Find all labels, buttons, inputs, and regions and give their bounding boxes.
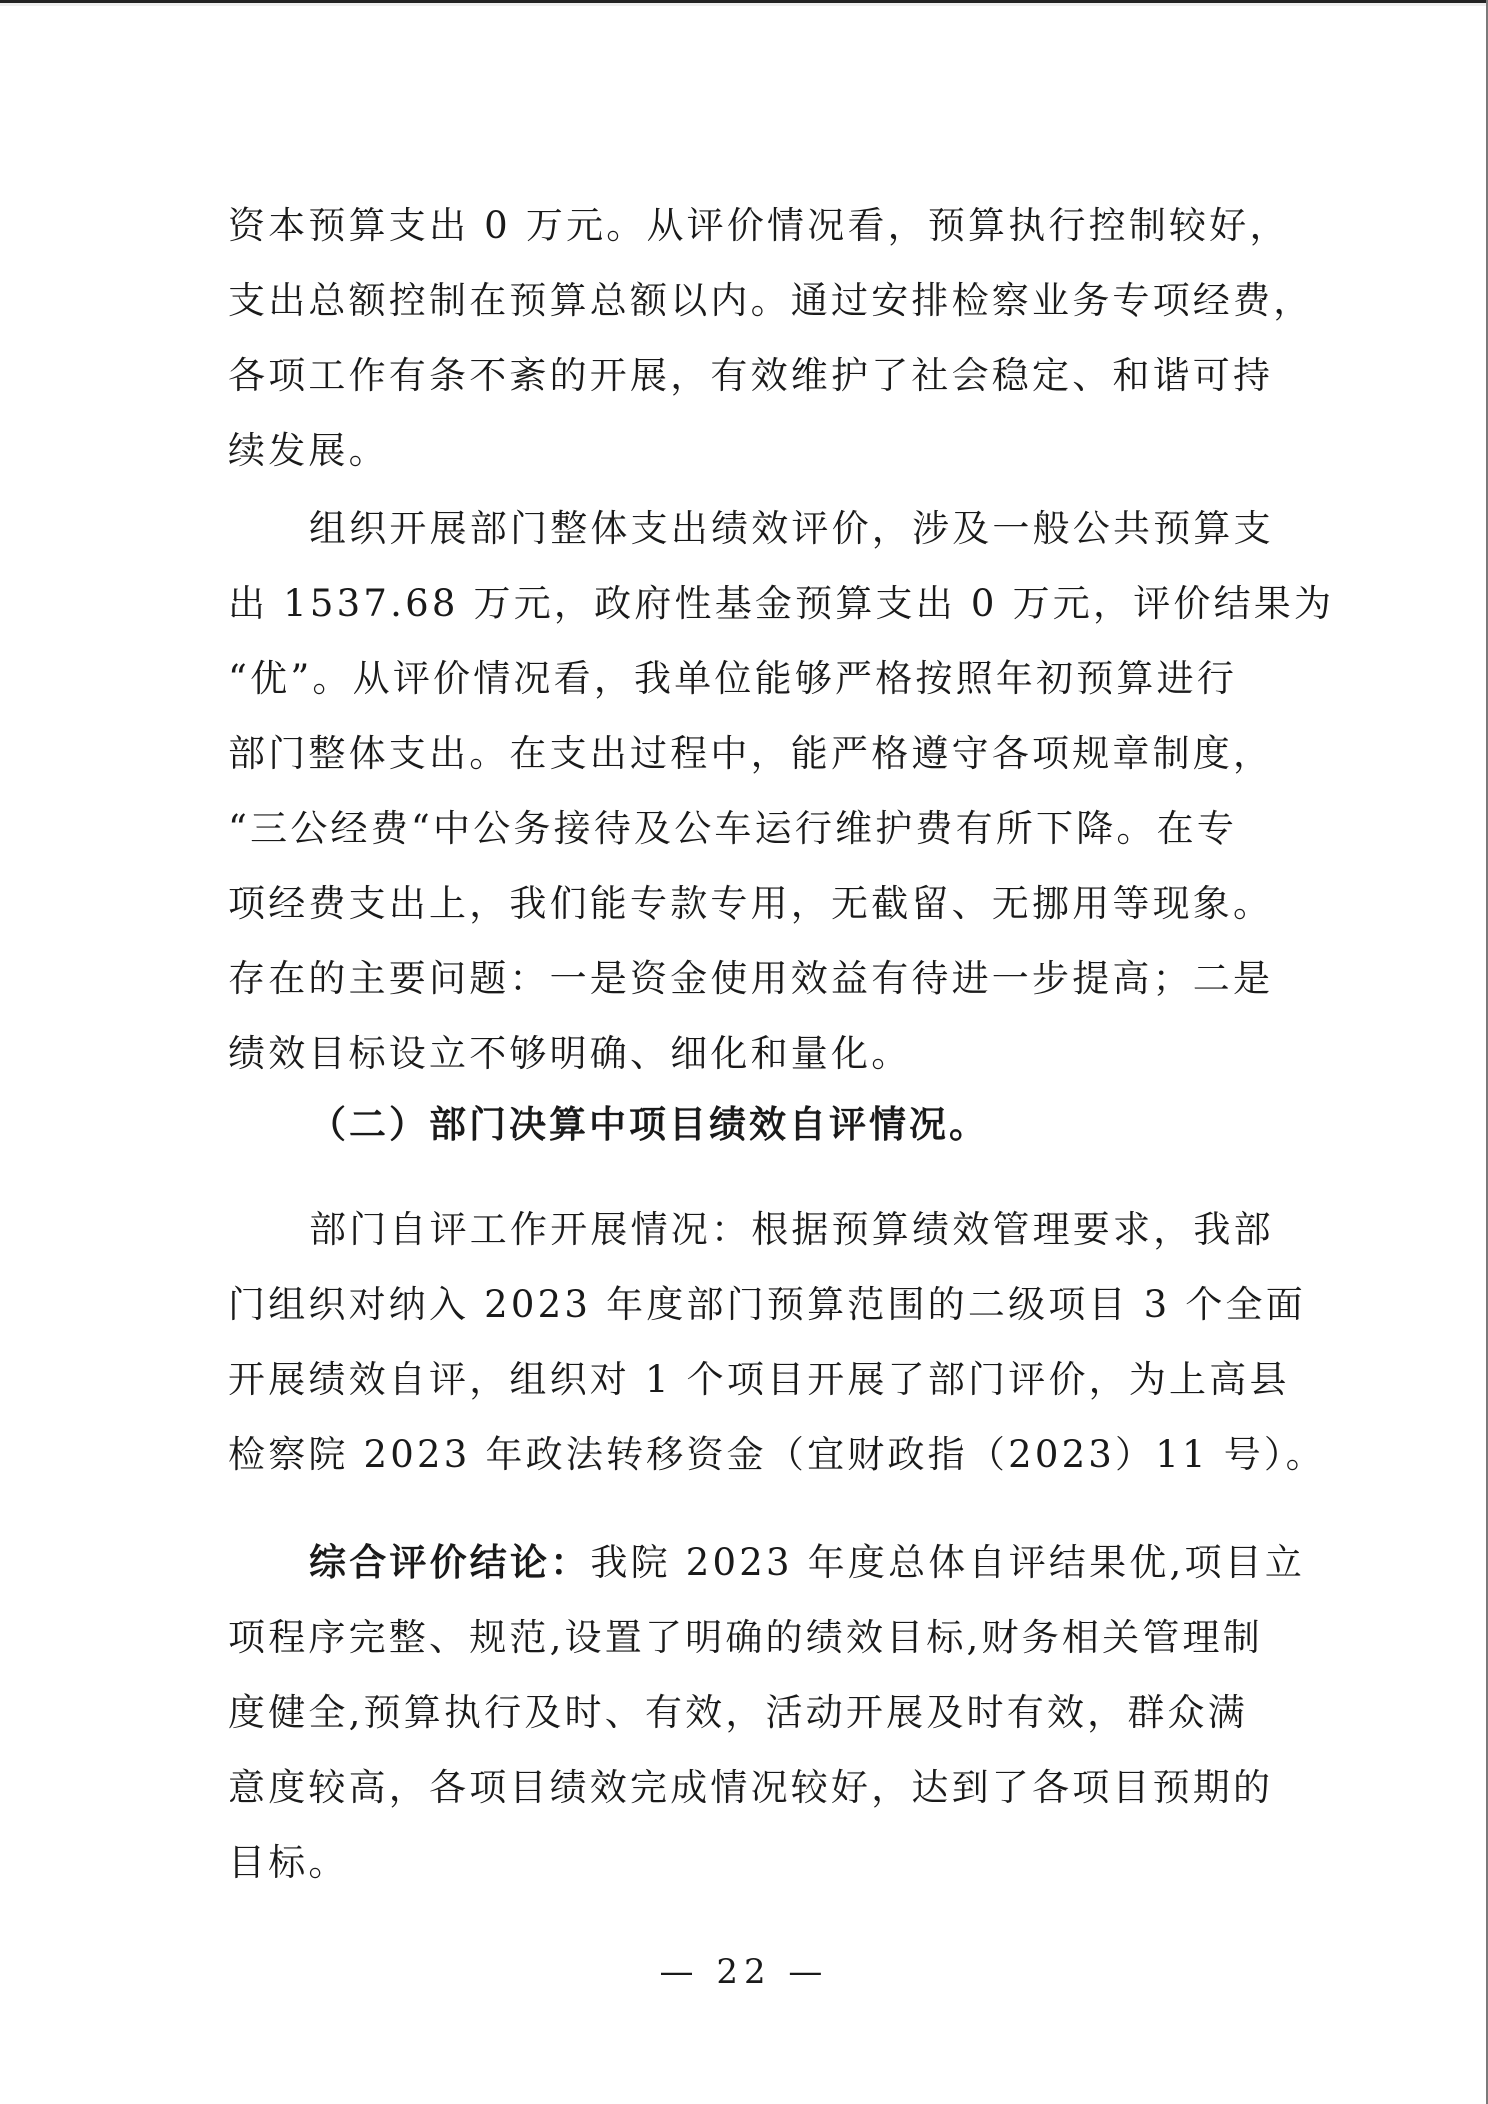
conclusion-first-line: 综合评价结论：我院 2023 年度总体自评结果优,项目立 [309, 1540, 1305, 1586]
paragraph-line: 部门整体支出。在支出过程中，能严格遵守各项规章制度， [228, 731, 1273, 777]
conclusion-label: 综合评价结论： [309, 1541, 590, 1584]
paragraph-line: 项经费支出上，我们能专款专用，无截留、无挪用等现象。 [228, 881, 1273, 927]
paragraph-line: 度健全,预算执行及时、有效，活动开展及时有效，群众满 [228, 1690, 1248, 1736]
paragraph-line: 各项工作有条不紊的开展，有效维护了社会稳定、和谐可持 [228, 353, 1273, 399]
paragraph-line: 目标。 [228, 1840, 349, 1886]
paragraph-line: 绩效目标设立不够明确、细化和量化。 [228, 1031, 911, 1077]
paragraph-line: 存在的主要问题：一是资金使用效益有待进一步提高；二是 [228, 956, 1273, 1002]
paragraph-line: 资本预算支出 0 万元。从评价情况看，预算执行控制较好， [228, 203, 1290, 249]
paragraph-line: 开展绩效自评，组织对 1 个项目开展了部门评价，为上高县 [228, 1357, 1290, 1403]
paragraph-line: 门组织对纳入 2023 年度部门预算范围的二级项目 3 个全面 [228, 1282, 1306, 1328]
paragraph-line: “优”。从评价情况看，我单位能够严格按照年初预算进行 [228, 656, 1237, 702]
paragraph-line: 出 1537.68 万元，政府性基金预算支出 0 万元，评价结果为 [228, 581, 1334, 627]
conclusion-text: 我院 2023 年度总体自评结果优,项目立 [590, 1541, 1305, 1584]
paragraph-line: 续发展。 [228, 428, 389, 474]
paragraph-line: 项程序完整、规范,设置了明确的绩效目标,财务相关管理制 [228, 1615, 1263, 1661]
paragraph-line: 支出总额控制在预算总额以内。通过安排检察业务专项经费， [228, 278, 1313, 324]
page-number: — 22 — [0, 1952, 1488, 1992]
paragraph-line: “三公经费“中公务接待及公车运行维护费有所下降。在专 [228, 806, 1237, 852]
top-border-shadow [0, 3, 1488, 6]
paragraph-line: 检察院 2023 年政法转移资金（宜财政指（2023）11 号）。 [228, 1432, 1326, 1478]
paragraph-line: 部门自评工作开展情况：根据预算绩效管理要求，我部 [309, 1207, 1274, 1253]
paragraph-line: 组织开展部门整体支出绩效评价，涉及一般公共预算支 [309, 506, 1274, 552]
section-heading: （二）部门决算中项目绩效自评情况。 [309, 1102, 989, 1148]
paragraph-line: 意度较高，各项目绩效完成情况较好，达到了各项目预期的 [228, 1765, 1273, 1811]
